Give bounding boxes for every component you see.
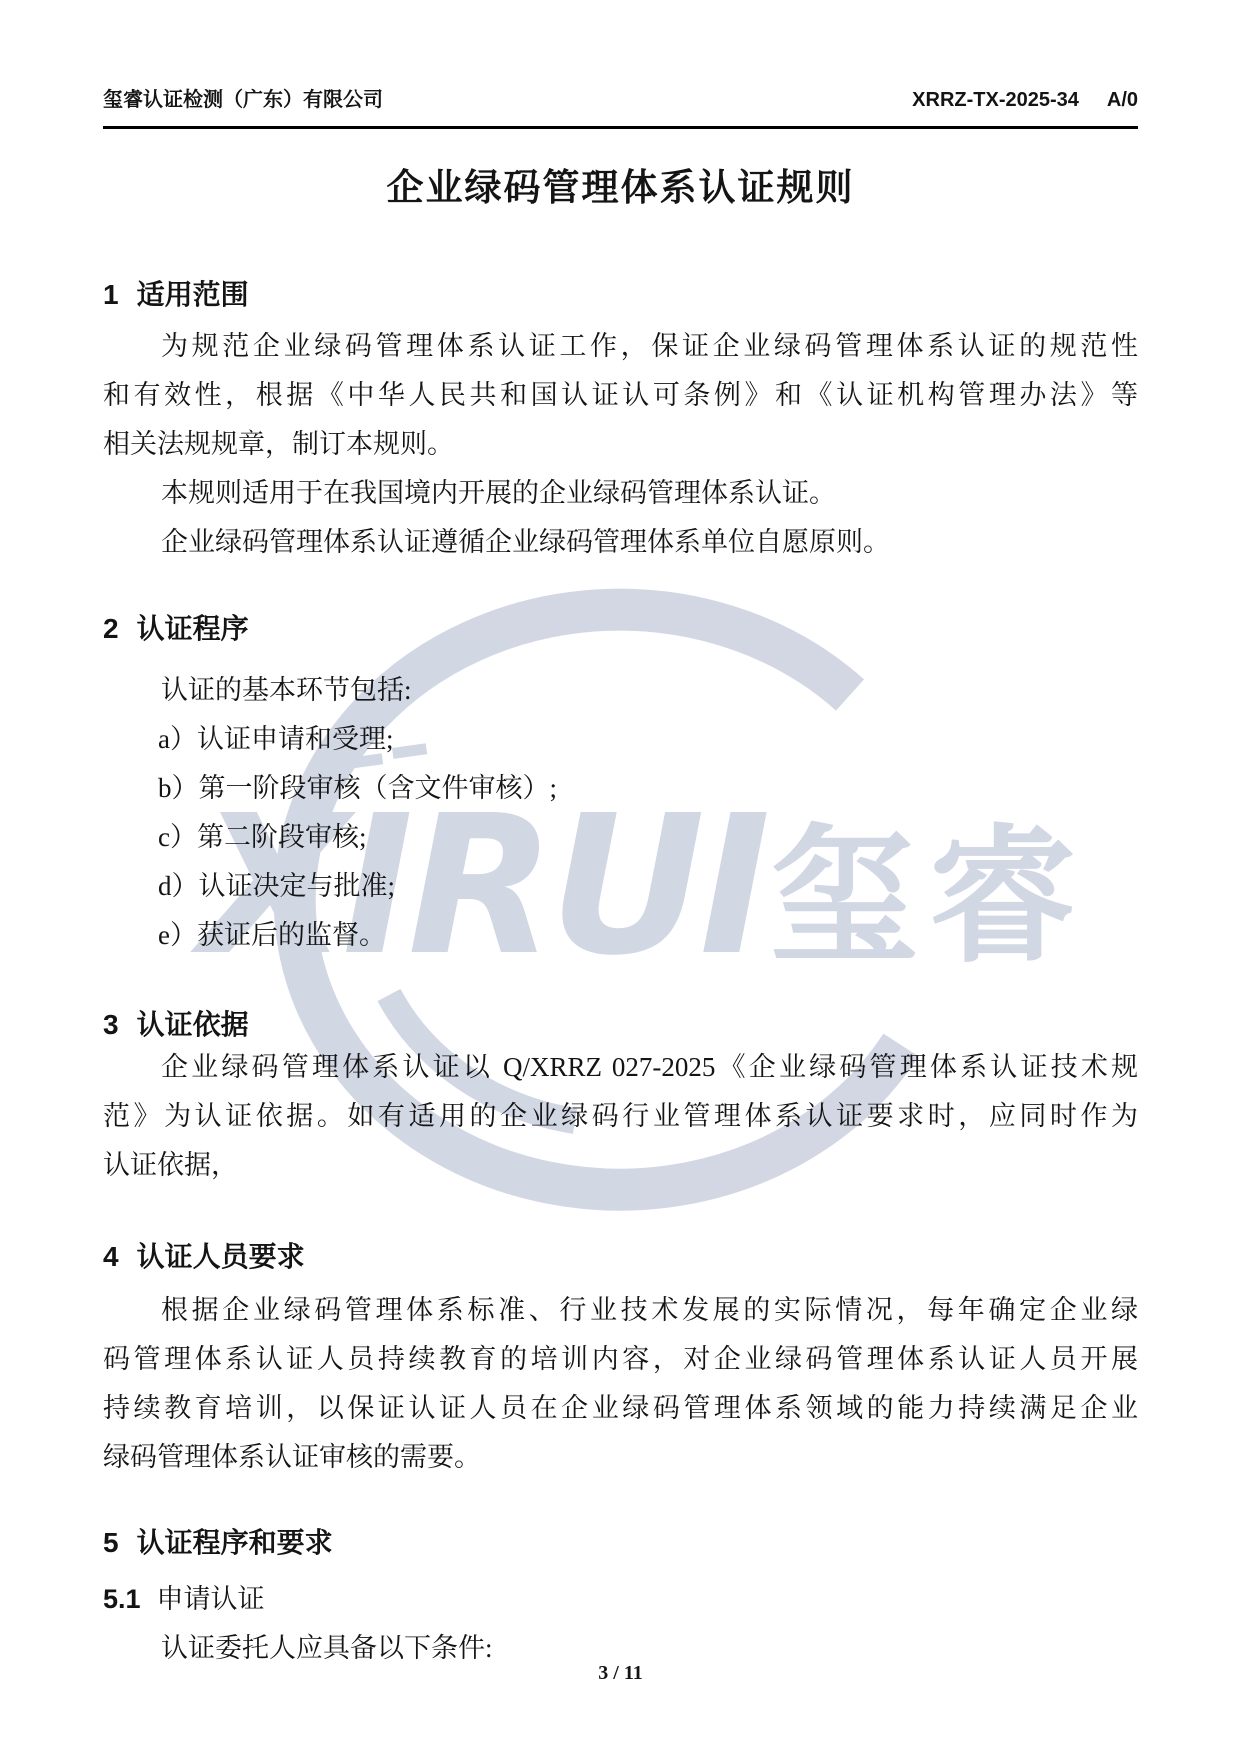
section-5-1-heading: 5.1申请认证	[103, 1575, 1138, 1624]
section-3-body: 企业绿码管理体系认证以 Q/XRRZ 027-2025《企业绿码管理体系认证技术…	[103, 1043, 1138, 1190]
section-1-number: 1	[103, 278, 119, 312]
section-5-1-title: 申请认证	[157, 1584, 265, 1614]
paragraph-line: 相关法规规章，制订本规则。	[103, 420, 1138, 469]
document-code-block: XRRZ-TX-2025-34 A/0	[912, 88, 1138, 112]
page-header: 玺睿认证检测（广东）有限公司 XRRZ-TX-2025-34 A/0	[103, 88, 1138, 129]
document-page: XIRUI 玺睿 玺睿认证检测（广东）有限公司 XRRZ-TX-2025-34 …	[0, 0, 1241, 1754]
section-1-heading: 1 适用范围	[103, 278, 1138, 312]
paragraph-line: 本规则适用于在我国境内开展的企业绿码管理体系认证。	[103, 469, 1138, 518]
section-2-number: 2	[103, 612, 119, 646]
document-title: 企业绿码管理体系认证规则	[103, 166, 1138, 212]
paragraph-line: 根据企业绿码管理体系标准、行业技术发展的实际情况，每年确定企业绿	[103, 1286, 1138, 1335]
section-4-title: 认证人员要求	[137, 1240, 305, 1274]
section-3-title: 认证依据	[137, 1008, 249, 1042]
section-5-number: 5	[103, 1526, 119, 1560]
paragraph-line: 范》为认证依据。如有适用的企业绿码行业管理体系认证要求时，应同时作为	[103, 1092, 1138, 1141]
list-item: c）第二阶段审核;	[103, 813, 1138, 862]
section-3-number: 3	[103, 1008, 119, 1042]
page-number: 3 / 11	[103, 1660, 1138, 1686]
list-item: d）认证决定与批准;	[103, 862, 1138, 911]
paragraph-line: 企业绿码管理体系认证遵循企业绿码管理体系单位自愿原则。	[103, 518, 1138, 567]
section-3-heading: 3 认证依据	[103, 1008, 1138, 1042]
section-4-number: 4	[103, 1240, 119, 1274]
section-1-body: 为规范企业绿码管理体系认证工作，保证企业绿码管理体系认证的规范性 和有效性，根据…	[103, 322, 1138, 567]
paragraph-line: 持续教育培训，以保证认证人员在企业绿码管理体系领域的能力持续满足企业	[103, 1384, 1138, 1433]
section-2-body: 认证的基本环节包括: a）认证申请和受理; b）第一阶段审核（含文件审核）; c…	[103, 666, 1138, 960]
paragraph-line: 码管理体系认证人员持续教育的培训内容，对企业绿码管理体系认证人员开展	[103, 1335, 1138, 1384]
paragraph-line: 认证依据，	[103, 1141, 1138, 1190]
paragraph-line: 和有效性，根据《中华人民共和国认证认可条例》和《认证机构管理办法》等	[103, 371, 1138, 420]
section-4-body: 根据企业绿码管理体系标准、行业技术发展的实际情况，每年确定企业绿 码管理体系认证…	[103, 1286, 1138, 1482]
section-5-1-number: 5.1	[103, 1584, 141, 1614]
section-2-title: 认证程序	[137, 612, 249, 646]
list-item: a）认证申请和受理;	[103, 715, 1138, 764]
document-version: A/0	[1107, 88, 1138, 112]
section-4-heading: 4 认证人员要求	[103, 1240, 1138, 1274]
paragraph-line: 绿码管理体系认证审核的需要。	[103, 1433, 1138, 1482]
paragraph-line: 认证的基本环节包括:	[103, 666, 1138, 715]
list-item: e）获证后的监督。	[103, 911, 1138, 960]
list-item: b）第一阶段审核（含文件审核）;	[103, 764, 1138, 813]
document-code: XRRZ-TX-2025-34	[912, 88, 1079, 112]
section-5-heading: 5 认证程序和要求	[103, 1526, 1138, 1560]
paragraph-line: 企业绿码管理体系认证以 Q/XRRZ 027-2025《企业绿码管理体系认证技术…	[103, 1043, 1138, 1092]
company-name: 玺睿认证检测（广东）有限公司	[103, 88, 383, 112]
paragraph-line: 为规范企业绿码管理体系认证工作，保证企业绿码管理体系认证的规范性	[103, 322, 1138, 371]
section-2-heading: 2 认证程序	[103, 612, 1138, 646]
section-5-title: 认证程序和要求	[137, 1526, 333, 1560]
section-1-title: 适用范围	[137, 278, 249, 312]
